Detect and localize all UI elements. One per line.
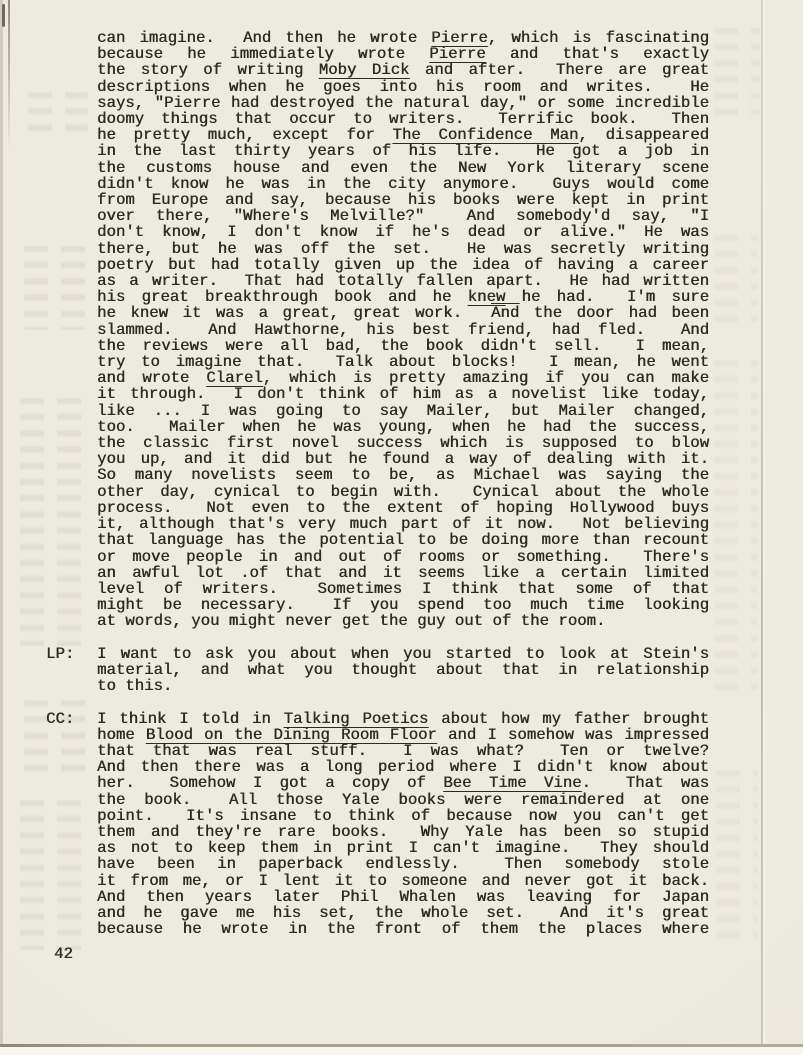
transcript-line: the reviews were all bad, the book didn'… xyxy=(97,338,709,354)
transcript-line: I want to ask you about when you started… xyxy=(97,646,709,662)
transcript-line: slammed. And Hawthorne, his best friend,… xyxy=(97,322,709,338)
transcript-line: an awful lot .of that and it seems like … xyxy=(97,565,709,581)
transcript-line: too. Mailer when he was young, when he h… xyxy=(97,419,709,435)
transcript-line: process. Not even to the extent of hopin… xyxy=(97,500,709,516)
bleedthrough-ghost xyxy=(714,360,758,695)
transcript-line: like ... I was going to say Mailer, but … xyxy=(97,403,709,419)
transcript-line: the story of writing Moby Dick and after… xyxy=(97,62,709,78)
transcript-line: And then there was a long period where I… xyxy=(97,759,709,775)
transcript-line: in the last thirty years of his life. He… xyxy=(97,143,709,159)
bleedthrough-ghost xyxy=(716,770,758,945)
scan-edge-line xyxy=(8,0,10,150)
paragraph: CC:I think I told in Talking Poetics abo… xyxy=(46,711,712,938)
transcript-line: other day, cynical to begin with. Cynica… xyxy=(97,484,709,500)
transcript-line: from Europe and say, because his books w… xyxy=(97,192,709,208)
scanned-page: can imagine. And then he wrote Pierre, w… xyxy=(0,0,803,1055)
paragraph: LP:I want to ask you about when you star… xyxy=(46,646,712,695)
transcript-line: that that was real stuff. I was what? Te… xyxy=(97,743,709,759)
scan-edge-bottom-strip xyxy=(0,1047,803,1055)
text-segment: material, and what you thought about tha… xyxy=(97,661,709,679)
transcript-line: the customs house and even the New York … xyxy=(97,160,709,176)
bleedthrough-ghost xyxy=(714,235,758,325)
transcript-line: descriptions when he goes into his room … xyxy=(97,79,709,95)
transcript-line: the classic first novel success which is… xyxy=(97,435,709,451)
speaker-label: CC: xyxy=(46,711,97,938)
transcript-line: says, "Pierre had destroyed the natural … xyxy=(97,95,709,111)
transcript-line: he pretty much, except for The Confidenc… xyxy=(97,127,709,143)
transcript-line: her. Somehow I got a copy of Bee Time Vi… xyxy=(97,775,709,791)
page-crease-highlight xyxy=(763,0,765,1046)
text-segment: to this. xyxy=(97,677,172,695)
paragraph-lines: I want to ask you about when you started… xyxy=(97,646,709,695)
transcript-line: So many novelists seem to be, as Michael… xyxy=(97,467,709,483)
transcript-line: at words, you might never get the guy ou… xyxy=(97,613,709,629)
transcript-line: don't know, I don't know if he's dead or… xyxy=(97,224,709,240)
transcript-line: material, and what you thought about tha… xyxy=(97,662,709,678)
transcript-line: that language has the potential to be do… xyxy=(97,532,709,548)
text-segment: at words, you might never get the guy ou… xyxy=(97,612,605,630)
transcript-line: And then years later Phil Whalen was lea… xyxy=(97,889,709,905)
transcript-line: it, although that's very much part of it… xyxy=(97,516,709,532)
scan-edge-left xyxy=(0,0,3,1046)
transcript-line: as not to keep them in print I can't ima… xyxy=(97,840,709,856)
transcript-line: poetry but had totally given up the idea… xyxy=(97,257,709,273)
transcript-line: the book. All those Yale books were rema… xyxy=(97,792,709,808)
transcript-line: and he gave me his set, the whole set. A… xyxy=(97,905,709,921)
transcript-line: it through. I don't think of him as a no… xyxy=(97,386,709,402)
transcript-line: and wrote Clarel, which is pretty amazin… xyxy=(97,370,709,386)
transcript-line: because he wrote in the front of them th… xyxy=(97,921,709,937)
transcript-line: because he immediately wrote Pierre and … xyxy=(97,46,709,62)
transcript: can imagine. And then he wrote Pierre, w… xyxy=(46,30,712,954)
transcript-line: over there, "Where's Melville?" And some… xyxy=(97,208,709,224)
transcript-line: might be necessary. If you spend too muc… xyxy=(97,597,709,613)
transcript-line: there, but he was off the set. He was se… xyxy=(97,241,709,257)
transcript-line: them and they're rare books. Why Yale ha… xyxy=(97,824,709,840)
text-segment: because he wrote in the front of them th… xyxy=(97,920,709,938)
transcript-line: doomy things that occur to writers. Terr… xyxy=(97,111,709,127)
transcript-line: I think I told in Talking Poetics about … xyxy=(97,711,709,727)
bleedthrough-ghost xyxy=(714,28,760,123)
transcript-line: it from me, or I lent it to someone and … xyxy=(97,873,709,889)
transcript-line: have been in paperback endlessly. Then s… xyxy=(97,856,709,872)
scan-edge-mark xyxy=(2,4,5,27)
transcript-line: can imagine. And then he wrote Pierre, w… xyxy=(97,30,709,46)
paragraph-lines: I think I told in Talking Poetics about … xyxy=(97,711,709,938)
speaker-label xyxy=(46,30,97,630)
transcript-line: point. It's insane to think of because n… xyxy=(97,808,709,824)
transcript-line: level of writers. Sometimes I think that… xyxy=(97,581,709,597)
transcript-line: home Blood on the Dining Room Floor and … xyxy=(97,727,709,743)
paragraph-lines: can imagine. And then he wrote Pierre, w… xyxy=(97,30,709,630)
transcript-line: or move people in and out of rooms or so… xyxy=(97,549,709,565)
transcript-line: he knew it was a great, great work. And … xyxy=(97,305,709,321)
page-number: 42 xyxy=(54,946,73,962)
speaker-label: LP: xyxy=(46,646,97,695)
transcript-line: to this. xyxy=(97,678,709,694)
transcript-line: try to imagine that. Talk about blocks! … xyxy=(97,354,709,370)
transcript-line: you up, and it did but he found a way of… xyxy=(97,451,709,467)
transcript-line: didn't know he was in the city anymore. … xyxy=(97,176,709,192)
transcript-line: as a writer. That had totally fallen apa… xyxy=(97,273,709,289)
paragraph: can imagine. And then he wrote Pierre, w… xyxy=(46,30,712,630)
